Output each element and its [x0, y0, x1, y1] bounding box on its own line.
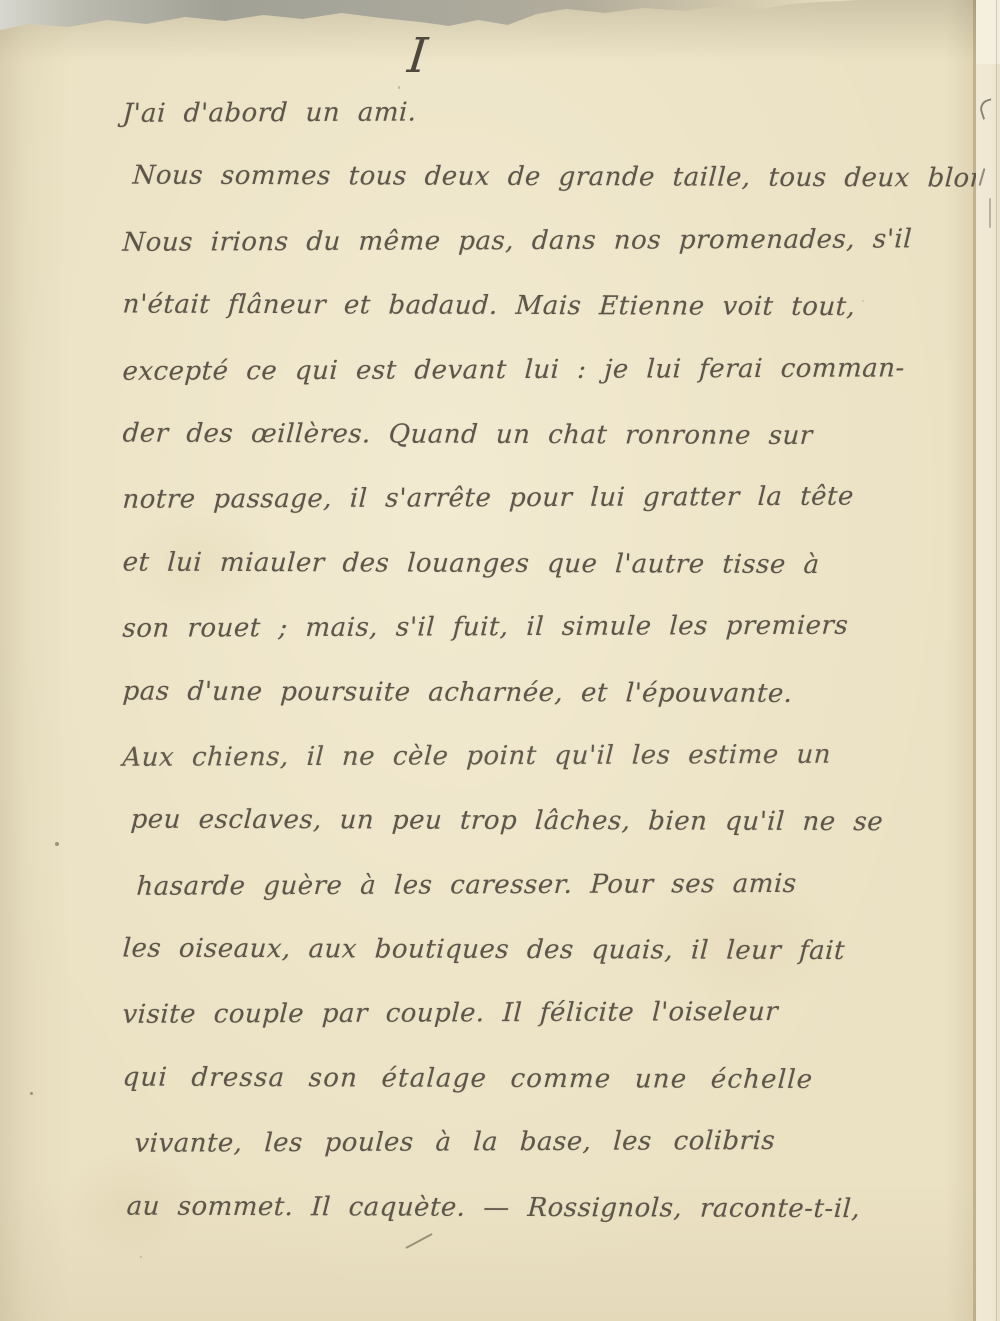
ink-speck	[30, 1092, 33, 1095]
manuscript-photo: I J'ai d'abord un ami. Nous sommes tous …	[0, 0, 1000, 1321]
manuscript-line: notre passage, il s'arrête pour lui grat…	[120, 477, 947, 545]
ink-speck	[55, 842, 59, 846]
manuscript-line: J'ai d'abord un ami.	[120, 90, 947, 158]
manuscript-text: J'ai d'abord un ami. Nous sommes tous de…	[122, 92, 946, 1251]
manuscript-page: I J'ai d'abord un ami. Nous sommes tous …	[0, 0, 976, 1321]
manuscript-line: peu esclaves, un peu trop lâches, bien q…	[128, 800, 947, 867]
ink-speck	[862, 300, 864, 302]
manuscript-line: qui dressa son étalage comme une échelle	[120, 1057, 947, 1124]
manuscript-line: Nous sommes tous deux de grande taille, …	[130, 156, 947, 223]
manuscript-line: der des œillères. Quand un chat ronronne…	[120, 414, 947, 481]
manuscript-line: visite couple par couple. Il félicite l'…	[120, 992, 947, 1060]
manuscript-line: hasarde guère à les caresser. Pour ses a…	[134, 863, 947, 931]
ink-speck	[398, 86, 400, 89]
manuscript-line: Nous irions du même pas, dans nos promen…	[120, 219, 947, 287]
ink-speck	[140, 1256, 142, 1258]
manuscript-line: les oiseaux, aux boutiques des quais, il…	[120, 929, 947, 996]
manuscript-line: son rouet ; mais, s'il fuit, il simule l…	[120, 605, 947, 673]
manuscript-line: n'était flâneur et badaud. Mais Etienne …	[120, 285, 947, 352]
manuscript-line: pas d'une poursuite acharnée, et l'épouv…	[120, 671, 947, 738]
manuscript-line: Aux chiens, il ne cèle point qu'il les e…	[120, 734, 947, 802]
underlying-page-edge-line	[996, 0, 997, 1321]
manuscript-line: vivante, les poules à la base, les colib…	[132, 1120, 947, 1188]
manuscript-line: excepté ce qui est devant lui : je lui f…	[120, 348, 947, 416]
manuscript-line: et lui miauler des louanges que l'autre …	[120, 542, 947, 609]
edge-crease-mark	[989, 198, 991, 228]
manuscript-line: au sommet. Il caquète. — Rossignols, rac…	[124, 1186, 947, 1253]
